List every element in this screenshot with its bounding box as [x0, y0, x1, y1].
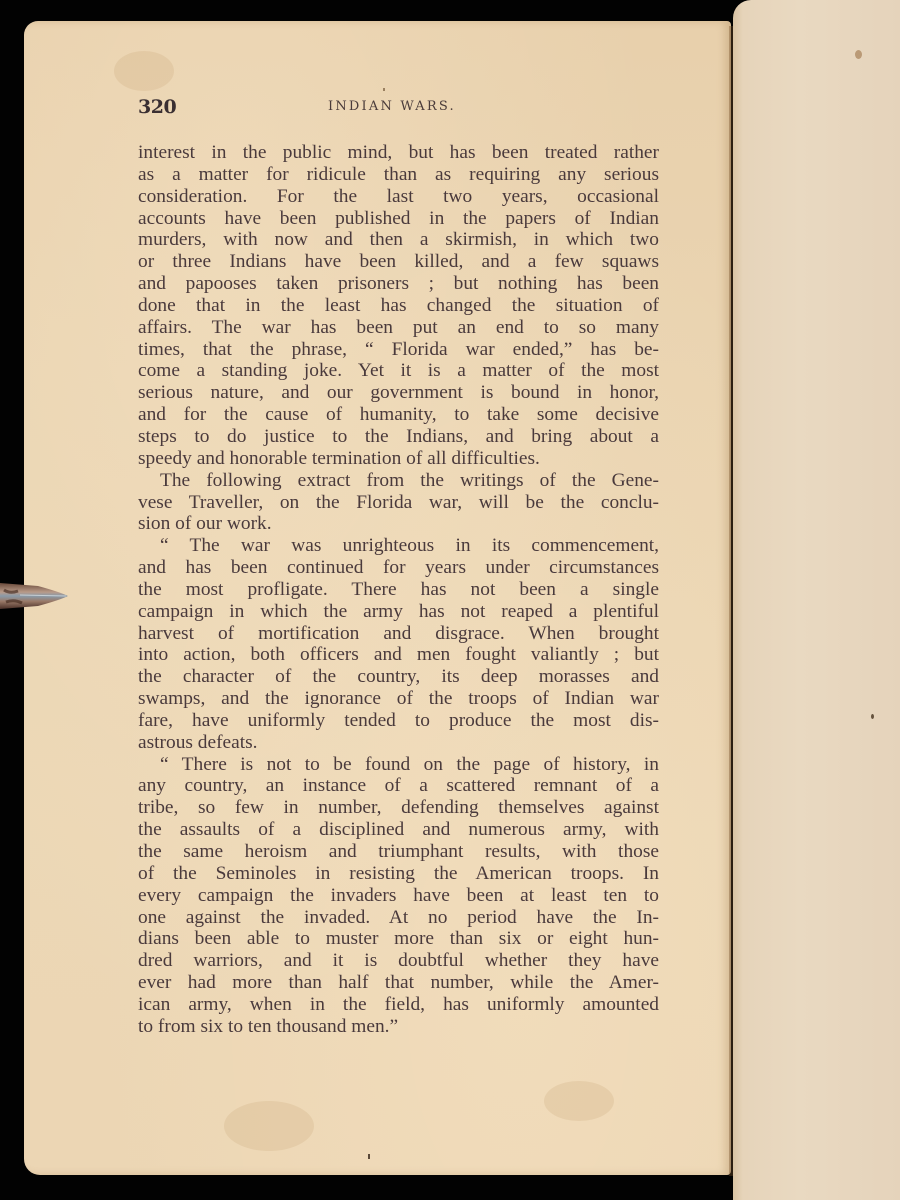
text-line: ever had more than half that number, whi…	[138, 972, 659, 994]
text-line: done that in the least has changed the s…	[138, 295, 659, 317]
foxing-spot	[855, 50, 862, 59]
page-body-text: interest in the public mind, but has bee…	[138, 142, 659, 1038]
text-line: come a standing joke. Yet it is a matter…	[138, 360, 659, 382]
text-line: affairs. The war has been put an end to …	[138, 317, 659, 339]
text-line: dred warriors, and it is doubtful whethe…	[138, 950, 659, 972]
text-line: astrous defeats.	[138, 732, 659, 754]
paper-stain	[114, 51, 174, 91]
text-line: of the Seminoles in resisting the Americ…	[138, 863, 659, 885]
text-line: ican army, when in the field, has unifor…	[138, 994, 659, 1016]
text-line: or three Indians have been killed, and a…	[138, 251, 659, 273]
text-line: vese Traveller, on the Florida war, will…	[138, 492, 659, 514]
text-line: “ There is not to be found on the page o…	[138, 754, 659, 776]
ink-speck	[383, 88, 385, 91]
paper-stain	[544, 1081, 614, 1121]
book-photo: 320 INDIAN WARS. interest in the public …	[0, 0, 900, 1200]
text-line: the assaults of a disciplined and numero…	[138, 819, 659, 841]
text-line: and papooses taken prisoners ; but nothi…	[138, 273, 659, 295]
text-line: to from six to ten thousand men.”	[138, 1016, 659, 1038]
text-line: any country, an instance of a scattered …	[138, 775, 659, 797]
text-line: steps to do justice to the Indians, and …	[138, 426, 659, 448]
pen-pointer-icon	[0, 580, 70, 612]
text-line: tribe, so few in number, defending thems…	[138, 797, 659, 819]
running-title: INDIAN WARS.	[328, 99, 456, 114]
text-line: campaign in which the army has not reape…	[138, 601, 659, 623]
text-line: dians been able to muster more than six …	[138, 928, 659, 950]
text-line: as a matter for ridicule than as requiri…	[138, 164, 659, 186]
text-line: swamps, and the ignorance of the troops …	[138, 688, 659, 710]
text-line: murders, with now and then a skirmish, i…	[138, 229, 659, 251]
text-line: the same heroism and triumphant results,…	[138, 841, 659, 863]
text-line: sion of our work.	[138, 513, 659, 535]
text-line: “ The war was unrighteous in its commenc…	[138, 535, 659, 557]
text-line: interest in the public mind, but has bee…	[138, 142, 659, 164]
paper-stain	[224, 1101, 314, 1151]
text-line: into action, both officers and men fough…	[138, 644, 659, 666]
foxing-spot	[871, 714, 874, 719]
text-line: and has been continued for years under c…	[138, 557, 659, 579]
page-gutter	[729, 26, 733, 1176]
running-head: 320 INDIAN WARS.	[138, 96, 658, 120]
text-line: the character of the country, its deep m…	[138, 666, 659, 688]
text-line: harvest of mortification and disgrace. W…	[138, 623, 659, 645]
facing-page	[733, 0, 900, 1200]
text-line: fare, have uniformly tended to produce t…	[138, 710, 659, 732]
text-line: serious nature, and our government is bo…	[138, 382, 659, 404]
text-line: speedy and honorable termination of all …	[138, 448, 659, 470]
page-number: 320	[138, 96, 176, 118]
text-line: accounts have been published in the pape…	[138, 208, 659, 230]
text-line: The following extract from the writings …	[138, 470, 659, 492]
text-line: consideration. For the last two years, o…	[138, 186, 659, 208]
text-line: every campaign the invaders have been at…	[138, 885, 659, 907]
ink-speck	[368, 1154, 370, 1159]
text-line: times, that the phrase, “ Florida war en…	[138, 339, 659, 361]
text-line: and for the cause of humanity, to take s…	[138, 404, 659, 426]
text-line: the most profligate. There has not been …	[138, 579, 659, 601]
text-line: one against the invaded. At no period ha…	[138, 907, 659, 929]
